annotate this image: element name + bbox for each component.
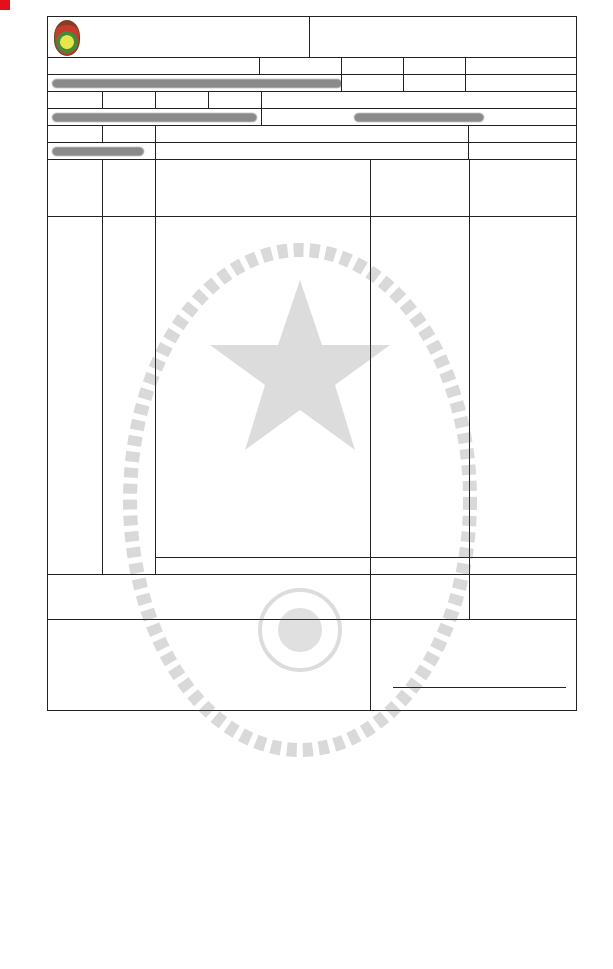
establishment-section [47,91,577,126]
net-pay-label [371,574,470,619]
name-label [48,58,260,75]
pay-receipt [47,16,577,711]
redaction-bar [52,113,257,122]
da-label [48,92,103,109]
net-pay-annotation [0,0,10,10]
employee-section [47,57,577,92]
legajo-label [342,58,404,75]
cargo-label [103,126,156,143]
title-cell [48,17,310,58]
establishment-name-value [262,109,577,126]
receipt-header [47,16,577,58]
column-header-concepto [156,160,371,217]
totals-descuentos [470,557,577,574]
column-header-codigo [48,160,103,217]
totals-haberes [371,557,470,574]
antig-value [404,75,466,92]
esc-label [48,126,103,143]
highlighted-row-annotation [0,0,10,10]
legal-section [47,619,577,711]
antig-label [404,58,466,75]
est-label [209,92,262,109]
legajo-value [342,75,404,92]
denomination-label [156,126,469,143]
totals-row [48,557,577,574]
document-label [260,58,342,75]
act-label [156,92,209,109]
period-value [466,75,577,92]
filler-row [48,217,577,558]
legal-text [48,619,371,710]
occupation-value [469,143,577,160]
redaction-bar [52,147,144,156]
net-pay-section [47,574,577,620]
prog-label [103,92,156,109]
net-pay-value [470,574,577,619]
denomination-value [156,143,469,160]
redaction-bar [52,79,342,88]
name-document-value-redacted [48,75,342,92]
column-header-porc [103,160,156,217]
position-section [47,125,577,160]
budget-codes-redacted [48,109,262,126]
totals-label [156,557,371,574]
column-header-haberes [371,160,470,217]
provincial-coat-of-arms-icon [54,20,80,56]
concepts-table [47,159,577,575]
occupation-label [469,126,577,143]
organization-name [310,17,577,58]
column-header-descuentos [470,160,577,217]
period-label [466,58,577,75]
establishment-name-label [262,92,577,109]
issuer [48,574,371,619]
redaction-bar [354,113,484,122]
esc-cargo-redacted [48,143,156,160]
signature-box [371,619,577,710]
signature-line [393,687,566,688]
